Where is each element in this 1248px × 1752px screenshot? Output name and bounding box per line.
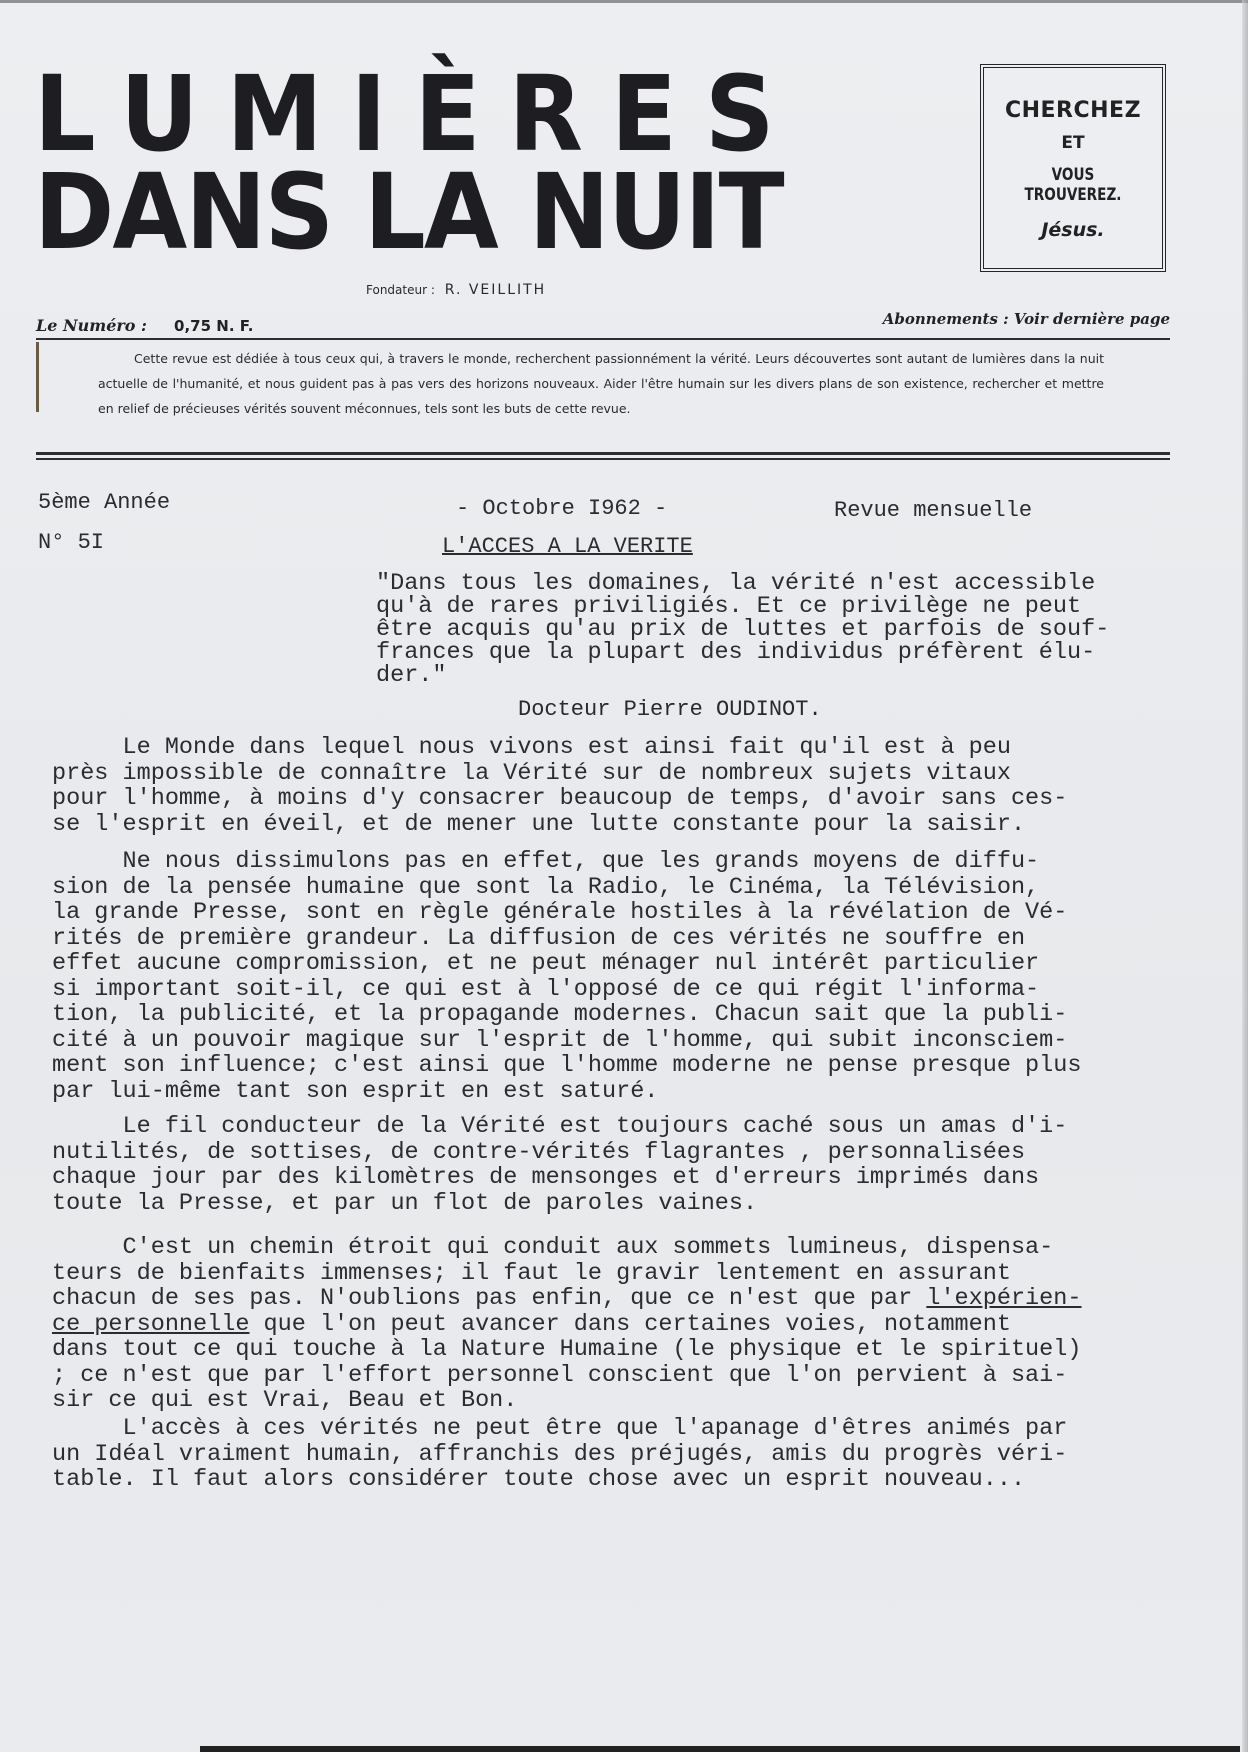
margin-mark <box>36 342 39 412</box>
mission-statement: Cette revue est dédiée à tous ceux qui, … <box>98 346 1104 421</box>
document-page: LUMIÈRES DANS LA NUIT CHERCHEZ ET VOUS T… <box>0 0 1248 1752</box>
motto-attribution: Jésus. <box>984 219 1162 241</box>
motto-line2: ET <box>984 133 1162 153</box>
motto-box: CHERCHEZ ET VOUS TROUVEREZ. Jésus. <box>980 64 1166 272</box>
masthead-title-line2: DANS LA NUIT <box>34 160 783 264</box>
paragraph-4-before: C'est un chemin étroit qui conduit aux s… <box>52 1234 1053 1312</box>
article-paragraph-1: Le Monde dans lequel nous vivons est ain… <box>52 735 1202 837</box>
price-label: Le Numéro : <box>36 316 147 335</box>
price-value: 0,75 N. F. <box>174 317 253 335</box>
issue-number: N° 5I <box>38 530 104 555</box>
issue-date: - Octobre I962 - <box>456 496 667 521</box>
article-paragraph-5: L'accès à ces vérités ne peut être que l… <box>52 1416 1202 1493</box>
founder-credit: Fondateur : R. VEILLITH <box>366 282 546 298</box>
emphasis-experience-1: l'expérien- <box>926 1285 1081 1312</box>
header-rule-top <box>36 338 1170 340</box>
epigraph: "Dans tous les domaines, la vérité n'est… <box>376 572 1196 687</box>
founder-name: R. VEILLITH <box>445 282 547 298</box>
scan-bottom-edge <box>200 1746 1240 1752</box>
article-title: L'ACCES A LA VERITE <box>442 534 693 559</box>
motto-line3: VOUS TROUVEREZ. <box>1002 165 1144 205</box>
emphasis-experience-2: ce personnelle <box>52 1311 249 1338</box>
issue-year: 5ème Année <box>38 490 170 515</box>
issue-frequency: Revue mensuelle <box>834 498 1032 523</box>
mission-text: Cette revue est dédiée à tous ceux qui, … <box>98 346 1104 421</box>
article-paragraph-2: Ne nous dissimulons pas en effet, que le… <box>52 849 1202 1104</box>
header-rule-bottom-1 <box>36 452 1170 455</box>
scan-right-edge <box>1242 0 1248 1752</box>
header-rule-bottom-2 <box>36 458 1170 460</box>
article-paragraph-3: Le fil conducteur de la Vérité est toujo… <box>52 1114 1202 1216</box>
subscriptions-note: Abonnements : Voir dernière page <box>883 310 1170 328</box>
founder-label: Fondateur : <box>366 283 435 297</box>
epigraph-author: Docteur Pierre OUDINOT. <box>518 697 822 722</box>
issue-price: Le Numéro : 0,75 N. F. <box>36 316 254 335</box>
motto-line1: CHERCHEZ <box>984 98 1162 123</box>
article-paragraph-4: C'est un chemin étroit qui conduit aux s… <box>52 1235 1202 1414</box>
page-top-edge <box>0 0 1248 3</box>
